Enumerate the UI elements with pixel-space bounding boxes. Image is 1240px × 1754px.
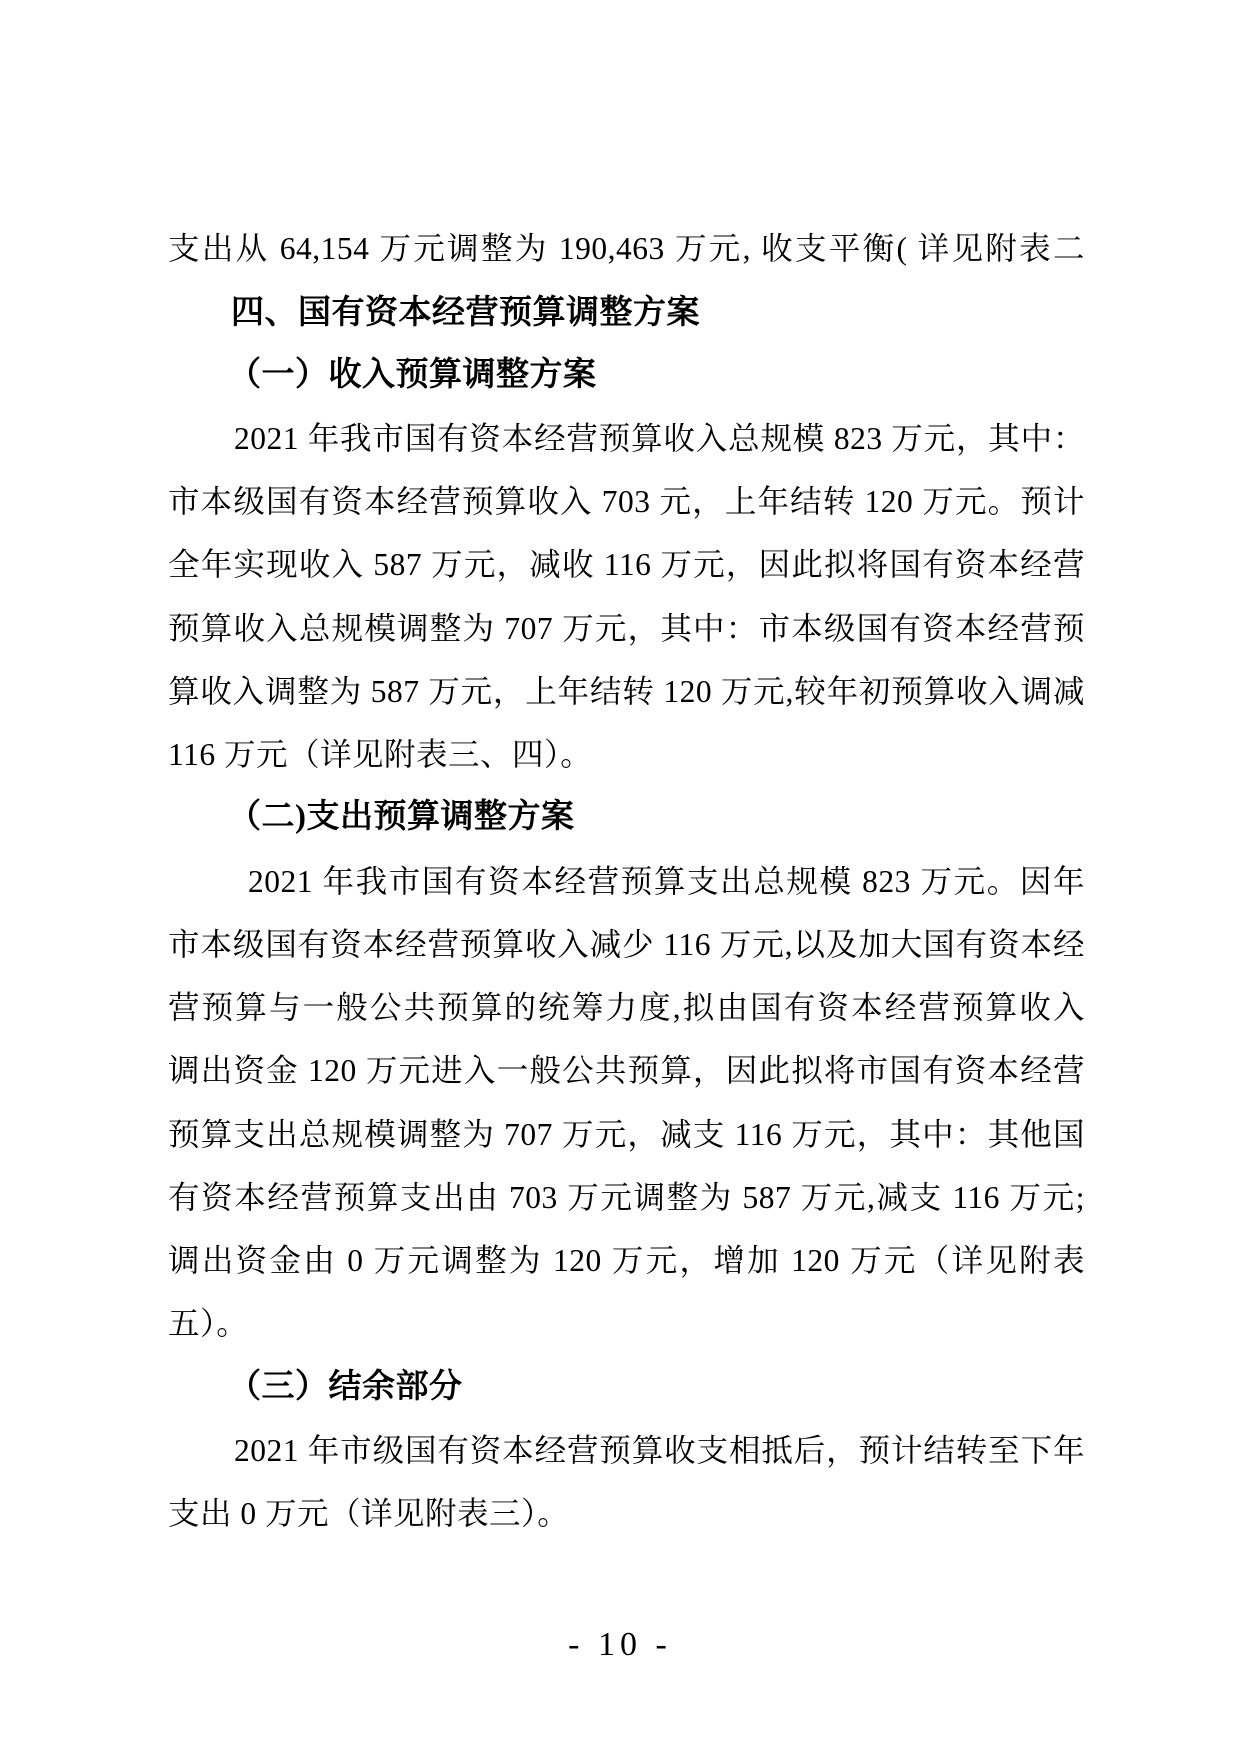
body-line: 五）。 bbox=[168, 1292, 1085, 1355]
heading-sub-2-expenditure: （二)支出预算调整方案 bbox=[168, 786, 1085, 849]
document-page: { "colors": { "background": "#ffffff", "… bbox=[0, 0, 1240, 1754]
body-line: 2021 年市级国有资本经营预算收支相抵后，预计结转至下年 bbox=[168, 1419, 1085, 1482]
heading-sub-1-income: （一）收入预算调整方案 bbox=[168, 344, 1085, 407]
body-line: 有资本经营预算支出由 703 万元调整为 587 万元,减支 116 万元; bbox=[168, 1166, 1085, 1229]
body-line: 预算支出总规模调整为 707 万元，减支 116 万元，其中：其他国 bbox=[168, 1103, 1085, 1166]
body-line: 调出资金由 0 万元调整为 120 万元，增加 120 万元（详见附表三、 bbox=[168, 1229, 1085, 1292]
heading-sub-3-balance: （三）结余部分 bbox=[168, 1356, 1085, 1419]
body-line: 116 万元（详见附表三、四）。 bbox=[168, 723, 1085, 786]
body-line: 2021 年我市国有资本经营预算支出总规模 823 万元。因年初 bbox=[168, 850, 1085, 913]
body-line: 市本级国有资本经营预算收入减少 116 万元,以及加大国有资本经 bbox=[168, 913, 1085, 976]
document-body: 支出从 64,154 万元调整为 190,463 万元, 收支平衡( 详见附表二… bbox=[168, 217, 1085, 1545]
heading-section-4: 四、国有资本经营预算调整方案 bbox=[168, 280, 1085, 343]
page-number: - 10 - bbox=[0, 1626, 1240, 1664]
body-line: 支出 0 万元（详见附表三）。 bbox=[168, 1482, 1085, 1545]
page-background: 支出从 64,154 万元调整为 190,463 万元, 收支平衡( 详见附表二… bbox=[0, 0, 1240, 1754]
body-line: 支出从 64,154 万元调整为 190,463 万元, 收支平衡( 详见附表二… bbox=[168, 217, 1085, 280]
body-line: 市本级国有资本经营预算收入 703 元，上年结转 120 万元。预计 bbox=[168, 470, 1085, 533]
body-line: 全年实现收入 587 万元，减收 116 万元，因此拟将国有资本经营 bbox=[168, 533, 1085, 596]
body-line: 营预算与一般公共预算的统筹力度,拟由国有资本经营预算收入 bbox=[168, 976, 1085, 1039]
body-line: 预算收入总规模调整为 707 万元，其中：市本级国有资本经营预 bbox=[168, 597, 1085, 660]
body-line: 算收入调整为 587 万元，上年结转 120 万元,较年初预算收入调减 bbox=[168, 660, 1085, 723]
body-line: 调出资金 120 万元进入一般公共预算，因此拟将市国有资本经营 bbox=[168, 1039, 1085, 1102]
body-line: 2021 年我市国有资本经营预算收入总规模 823 万元，其中： bbox=[168, 407, 1085, 470]
